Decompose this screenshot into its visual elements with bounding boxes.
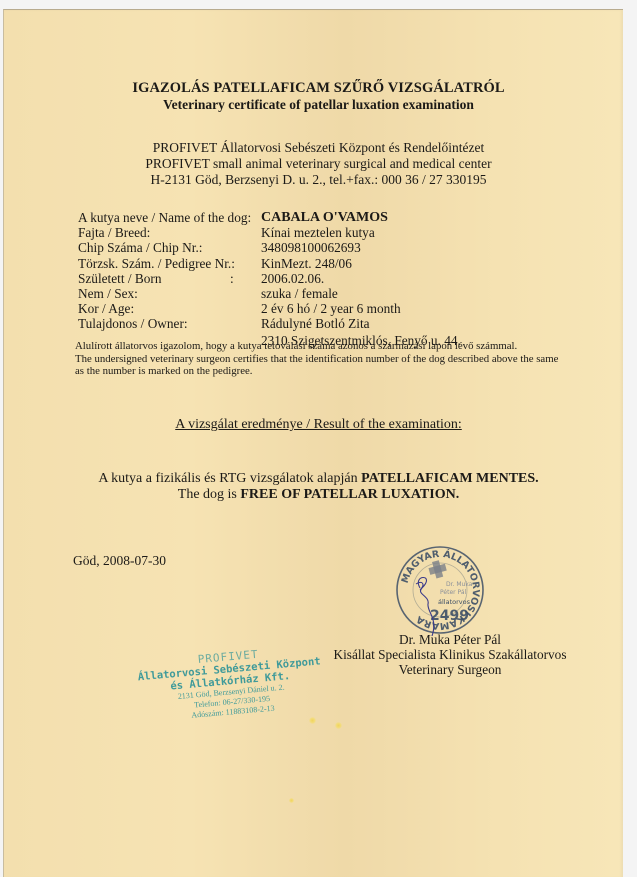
certification-en-1: The undersigned veterinary surgeon certi…	[75, 353, 575, 366]
title-hungarian: IGAZOLÁS PATELLAFICAM SZŰRŐ VIZSGÁLATRÓL	[0, 80, 637, 97]
detail-value: szuka / female	[261, 286, 338, 301]
signatory-block: Dr. Muka Péter Pál Kisállat Specialista …	[300, 632, 600, 677]
paper-stain	[289, 798, 294, 803]
detail-label: Nem / Sex:	[78, 286, 138, 301]
institution-name-hu: PROFIVET Állatorvosi Sebészeti Központ é…	[0, 140, 637, 156]
signatory-title-hu: Kisállat Specialista Klinikus Szakállato…	[300, 647, 600, 662]
institution-address: H-2131 Göd, Berzsenyi D. u. 2., tel.+fax…	[0, 172, 637, 188]
chamber-stamp-icon: MAGYAR ÁLLATORVOSI KAMARA Dr. Muka Péter…	[394, 544, 486, 636]
result-line-en: The dog is FREE OF PATELLAR LUXATION.	[0, 487, 637, 503]
detail-colon: :	[230, 271, 234, 286]
svg-text:állatorvos: állatorvos	[438, 598, 471, 606]
result-verdict-hu: PATELLAFICAM MENTES.	[361, 471, 539, 486]
official-chamber-stamp: MAGYAR ÁLLATORVOSI KAMARA Dr. Muka Péter…	[394, 544, 486, 636]
detail-value: 2 év 6 hó / 2 year 6 month	[261, 301, 401, 316]
detail-label: Törzsk. Szám. / Pedigree Nr.:	[78, 256, 235, 271]
paper-stain	[309, 717, 316, 724]
signatory-title-en: Veterinary Surgeon	[300, 662, 600, 677]
detail-value: Rádulyné Botló Zita	[261, 316, 370, 331]
institution-name-en: PROFIVET small animal veterinary surgica…	[0, 156, 637, 172]
institution-block: PROFIVET Állatorvosi Sebészeti Központ é…	[0, 140, 637, 188]
detail-label: Fajta / Breed:	[78, 225, 150, 240]
detail-value: 2006.02.06.	[261, 271, 324, 286]
svg-text:2499: 2499	[430, 608, 469, 624]
result-text: A kutya a fizikális és RTG vizsgálatok a…	[0, 471, 637, 503]
detail-label: Chip Száma / Chip Nr.:	[78, 240, 202, 255]
certification-hu: Alulírott állatorvos igazolom, hogy a ku…	[75, 340, 575, 353]
detail-value: 348098100062693	[261, 240, 361, 255]
title-english: Veterinary certificate of patellar luxat…	[0, 97, 637, 113]
detail-value: Kínai meztelen kutya	[261, 225, 375, 240]
certification-en-2: as the number is marked on the pedigree.	[75, 365, 575, 378]
result-line-hu: A kutya a fizikális és RTG vizsgálatok a…	[0, 471, 637, 487]
result-verdict-en: FREE OF PATELLAR LUXATION.	[240, 487, 459, 502]
detail-value: KinMezt. 248/06	[261, 256, 352, 271]
detail-label: A kutya neve / Name of the dog:	[78, 210, 251, 225]
detail-label: Tulajdonos / Owner:	[78, 316, 188, 331]
svg-text:Dr. Muka: Dr. Muka	[446, 581, 473, 588]
certification-statement: Alulírott állatorvos igazolom, hogy a ku…	[75, 340, 575, 378]
svg-text:Péter Pál: Péter Pál	[440, 589, 467, 596]
detail-label: Született / Born	[78, 271, 161, 286]
place-date: Göd, 2008-07-30	[73, 553, 166, 569]
detail-value: CABALA O'VAMOS	[261, 210, 388, 225]
signatory-name: Dr. Muka Péter Pál	[300, 632, 600, 647]
detail-label: Kor / Age:	[78, 301, 134, 316]
result-heading: A vizsgálat eredménye / Result of the ex…	[0, 417, 637, 433]
paper-stain	[335, 722, 342, 729]
